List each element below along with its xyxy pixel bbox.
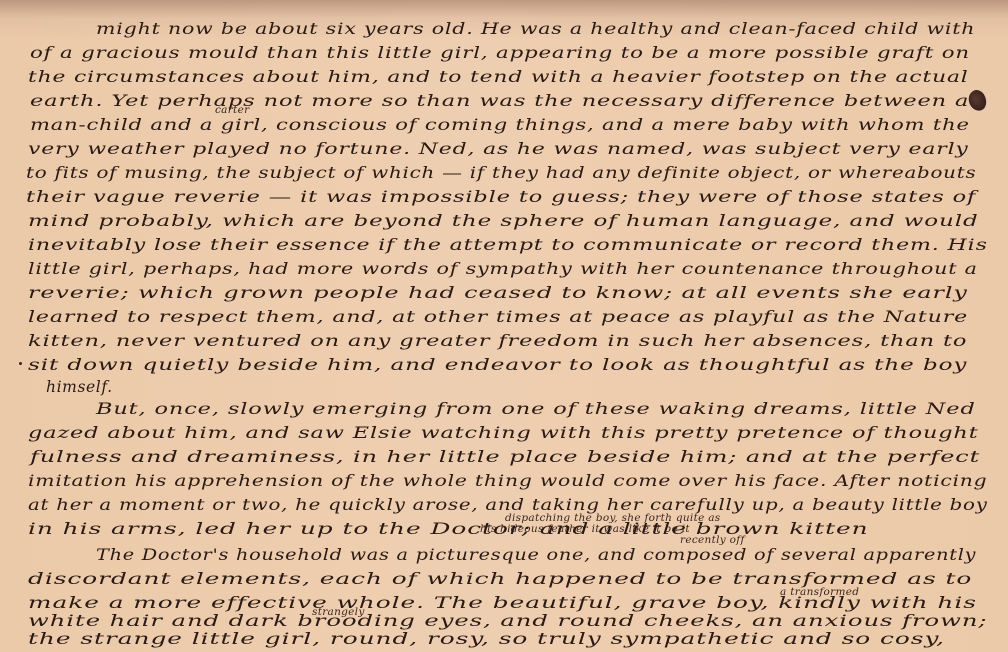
manuscript-line: very weather played no fortune. Ned, as … [28,140,969,158]
manuscript-line: learned to respect them, and, at other t… [28,308,968,326]
manuscript-line: The Doctor's household was a picturesque… [96,546,976,564]
manuscript-line: little girl, perhaps, had more words of … [28,260,978,278]
manuscript-line: might now be about six years old. He was… [96,20,975,38]
manuscript-line: white hair and dark brooding eyes, and r… [28,612,988,630]
margin-mark [19,362,22,365]
manuscript-line: the circumstances about him, and to tend… [28,68,969,86]
manuscript-line: himself. [46,378,113,396]
manuscript-line: fulness and dreaminess, in her little pl… [30,448,980,466]
manuscript-line: the strange little girl, round, rosy, so… [28,630,945,648]
insertion-text: recently off [680,534,745,546]
manuscript-line: man-child and a girl, conscious of comin… [30,116,970,134]
manuscript-line: earth. Yet perhaps not more so than was … [30,92,969,110]
manuscript-line: mind probably, which are beyond the sphe… [28,212,979,230]
manuscript-line: make a more effective whole. The beautif… [28,594,977,612]
manuscript-line: reverie; which grown people had ceased t… [28,284,968,302]
manuscript-line: sit down quietly beside him, and endeavo… [28,356,967,374]
manuscript-line: of a gracious mould than this little gir… [30,44,970,62]
manuscript-line: kitten, never ventured on any greater fr… [28,332,967,350]
manuscript-line: But, once, slowly emerging from one of t… [96,400,976,418]
manuscript-line: inevitably lose their essence if the att… [28,236,988,254]
manuscript-line: imitation his apprehension of the whole … [28,472,987,490]
insertion-text: carter [215,104,249,116]
manuscript-page: might now be about six years old. He was… [0,0,1008,652]
manuscript-line: to fits of musing, the subject of which … [26,164,976,182]
manuscript-line: their vague reverie — it was impossible … [26,188,976,206]
manuscript-line: gazed about him, and saw Elsie watching … [28,424,979,442]
